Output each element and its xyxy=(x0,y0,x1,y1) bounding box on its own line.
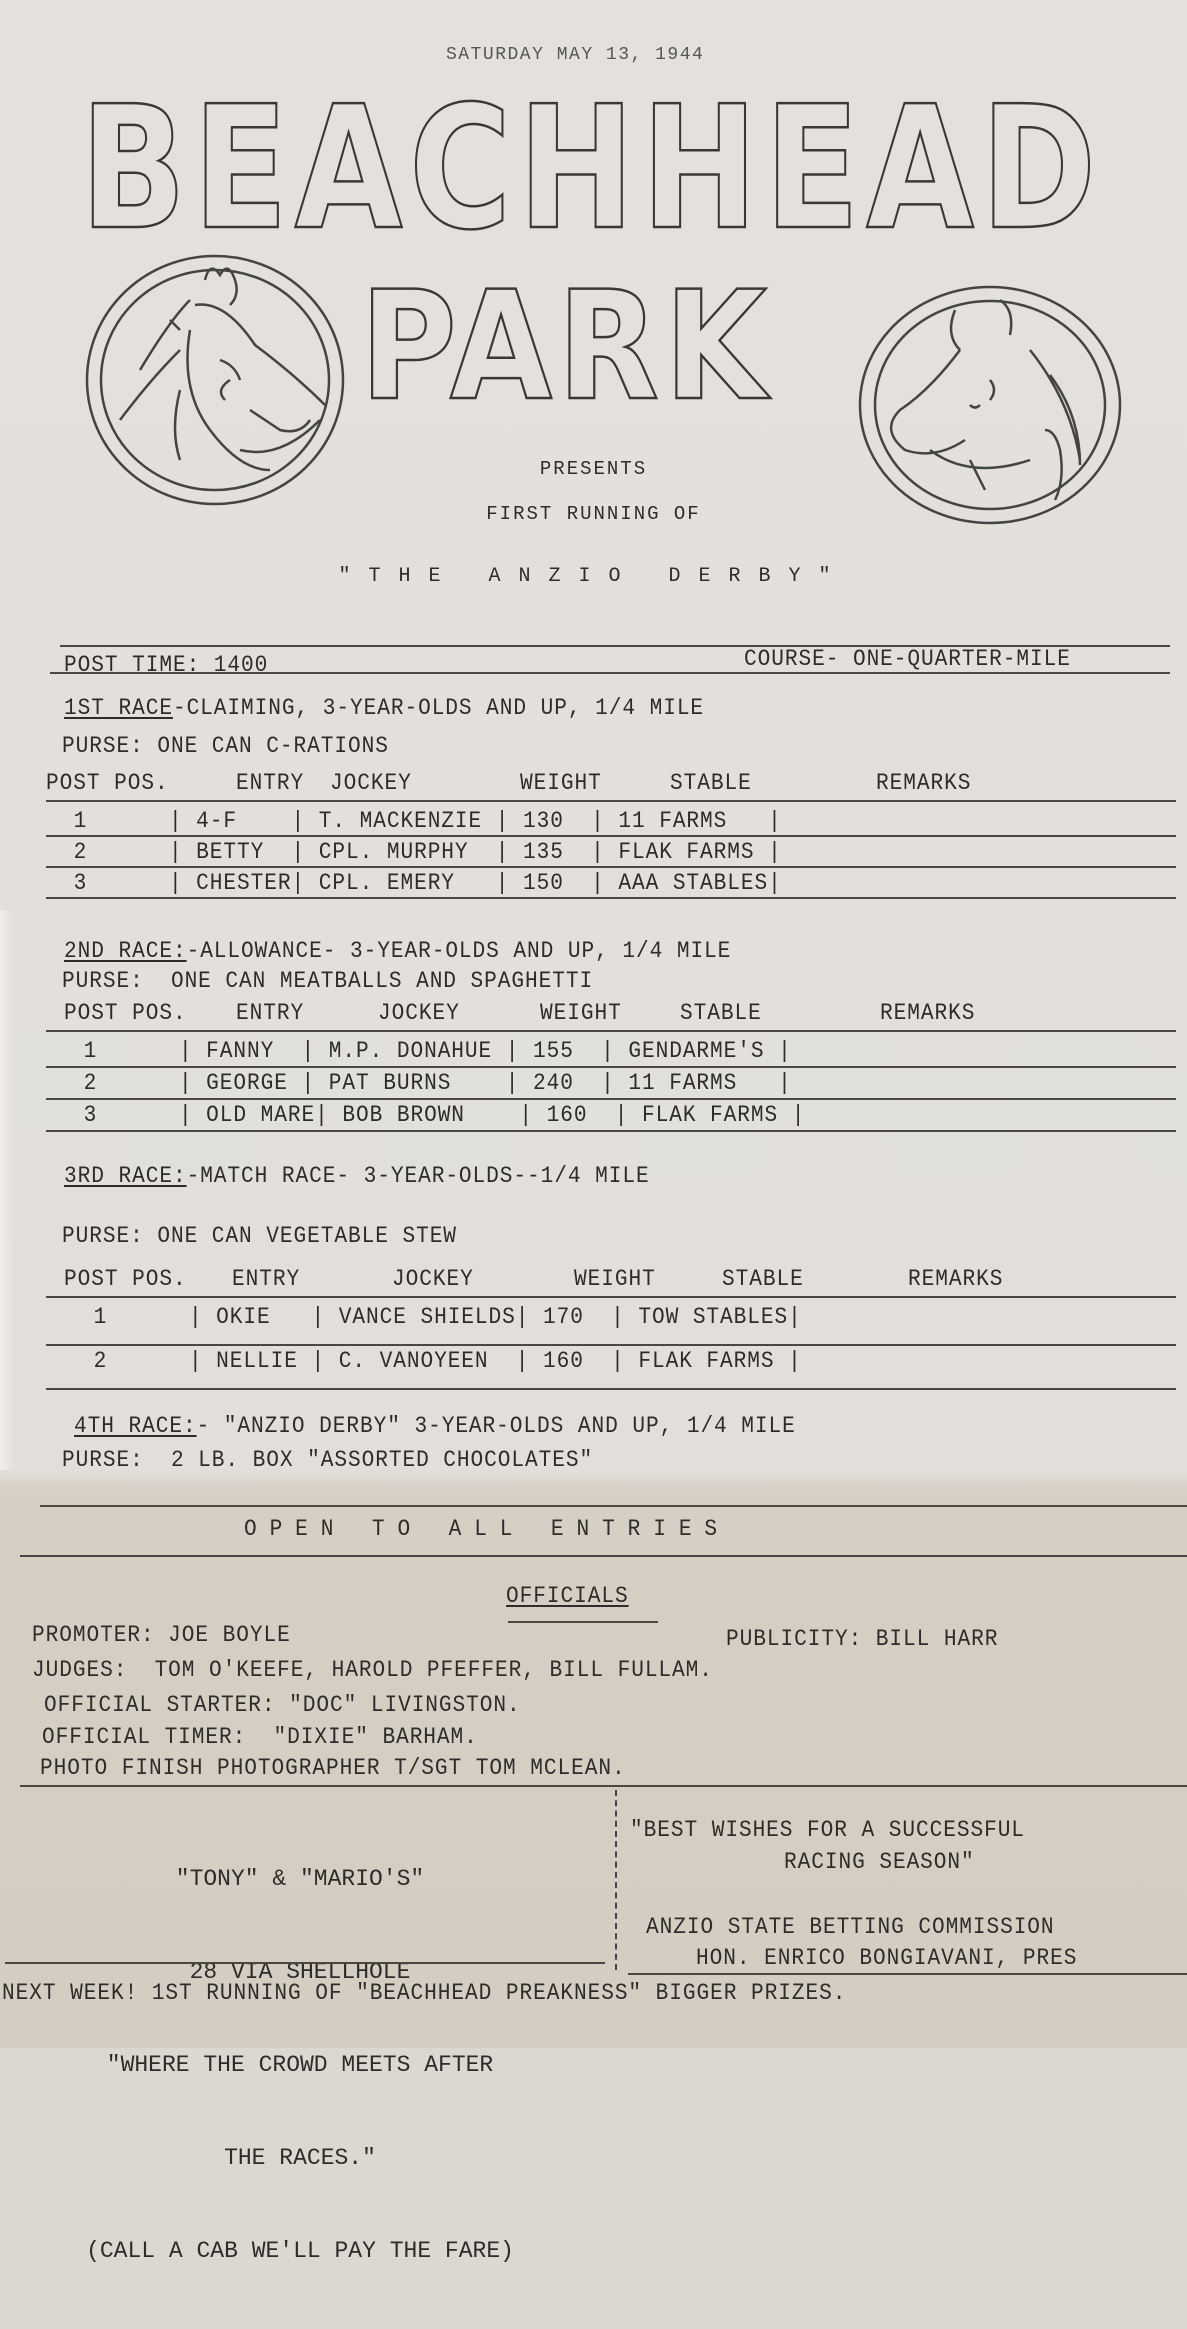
title-beachhead: BEACHHEAD xyxy=(80,70,1103,268)
divider xyxy=(46,1344,1176,1346)
title-park: PARK xyxy=(360,260,772,434)
entry-row: 1 | FANNY | M.P. DONAHUE | 155 | GENDARM… xyxy=(70,1038,792,1064)
presents-text: PRESENTS xyxy=(0,458,1187,480)
entry-row: 3 | OLD MARE| BOB BROWN | 160 | FLAK FAR… xyxy=(70,1102,805,1128)
race-purse: PURSE: ONE CAN MEATBALLS AND SPAGHETTI xyxy=(62,968,593,994)
divider xyxy=(46,1066,1176,1068)
divider xyxy=(46,1130,1176,1132)
race-description: - "ANZIO DERBY" 3-YEAR-OLDS AND UP, 1/4 … xyxy=(197,1413,796,1439)
column-header: POST POS. xyxy=(64,1000,187,1026)
column-header: WEIGHT xyxy=(520,770,602,796)
race-label: 4TH RACE: xyxy=(74,1413,197,1439)
race-description: -CLAIMING, 3-YEAR-OLDS AND UP, 1/4 MILE xyxy=(173,695,704,721)
column-header: POST POS. xyxy=(46,770,169,796)
race-purse: PURSE: ONE CAN VEGETABLE STEW xyxy=(62,1223,457,1249)
event-name: "THE ANZIO DERBY" xyxy=(0,565,1187,588)
divider xyxy=(40,1505,1187,1507)
divider xyxy=(46,835,1176,837)
race-description: -ALLOWANCE- 3-YEAR-OLDS AND UP, 1/4 MILE xyxy=(187,938,732,964)
divider xyxy=(50,672,1170,674)
officials-heading: OFFICIALS xyxy=(506,1583,629,1609)
official-starter: OFFICIAL STARTER: "DOC" LIVINGSTON. xyxy=(44,1692,521,1718)
event-date: SATURDAY MAY 13, 1944 xyxy=(446,45,704,65)
column-header: REMARKS xyxy=(876,770,971,796)
column-header: ENTRY xyxy=(236,770,304,796)
column-header: ENTRY xyxy=(236,1000,304,1026)
column-header: WEIGHT xyxy=(574,1266,656,1292)
divider xyxy=(46,1030,1176,1032)
best-wishes: "BEST WISHES FOR A SUCCESSFUL xyxy=(630,1817,1025,1843)
ad-line: "TONY" & "MARIO'S" xyxy=(0,1864,600,1895)
entry-row: 1 | 4-F | T. MACKENZIE | 130 | 11 FARMS … xyxy=(60,808,782,834)
column-header: REMARKS xyxy=(908,1266,1003,1292)
divider xyxy=(46,800,1176,802)
race-title: 1ST RACE-CLAIMING, 3-YEAR-OLDS AND UP, 1… xyxy=(64,695,704,721)
race-label: 2ND RACE: xyxy=(64,938,187,964)
entry-row: 2 | BETTY | CPL. MURPHY | 135 | FLAK FAR… xyxy=(60,839,782,865)
race-title: 4TH RACE:- "ANZIO DERBY" 3-YEAR-OLDS AND… xyxy=(74,1413,796,1439)
divider xyxy=(46,866,1176,868)
judges: JUDGES: TOM O'KEEFE, HAROLD PFEFFER, BIL… xyxy=(32,1657,713,1683)
divider xyxy=(20,1785,1187,1787)
best-wishes-2: RACING SEASON" xyxy=(784,1849,975,1875)
divider xyxy=(46,897,1176,899)
divider xyxy=(46,1388,1176,1390)
divider xyxy=(20,1555,1187,1557)
official-timer: OFFICIAL TIMER: "DIXIE" BARHAM. xyxy=(42,1724,478,1750)
column-header: STABLE xyxy=(670,770,752,796)
column-header: POST POS. xyxy=(64,1266,187,1292)
entry-row: 2 | NELLIE | C. VANOYEEN | 160 | FLAK FA… xyxy=(80,1348,802,1374)
horse-head-right-icon xyxy=(850,280,1130,530)
race-purse: PURSE: ONE CAN C-RATIONS xyxy=(62,733,389,759)
column-header: STABLE xyxy=(722,1266,804,1292)
column-header: WEIGHT xyxy=(540,1000,622,1026)
divider xyxy=(628,1973,1187,1975)
betting-commission: ANZIO STATE BETTING COMMISSION xyxy=(646,1914,1055,1940)
race-label: 3RD RACE: xyxy=(64,1163,187,1189)
column-header: ENTRY xyxy=(232,1266,300,1292)
column-header: REMARKS xyxy=(880,1000,975,1026)
double-underline xyxy=(508,1621,658,1623)
race-title: 2ND RACE:-ALLOWANCE- 3-YEAR-OLDS AND UP,… xyxy=(64,938,731,964)
column-header: STABLE xyxy=(680,1000,762,1026)
column-header: JOCKEY xyxy=(392,1266,474,1292)
race-purse: PURSE: 2 LB. BOX "ASSORTED CHOCOLATES" xyxy=(62,1447,593,1473)
divider xyxy=(5,1962,605,1964)
divider xyxy=(46,1098,1176,1100)
commission-president: HON. ENRICO BONGIAVANI, PRES xyxy=(696,1945,1077,1971)
course-length: COURSE- ONE-QUARTER-MILE xyxy=(744,646,1071,672)
column-header: JOCKEY xyxy=(330,770,412,796)
race-label: 1ST RACE xyxy=(64,695,173,721)
column-divider xyxy=(615,1790,617,1970)
entry-row: 2 | GEORGE | PAT BURNS | 240 | 11 FARMS … xyxy=(70,1070,792,1096)
entry-row: 3 | CHESTER| CPL. EMERY | 150 | AAA STAB… xyxy=(60,870,782,896)
first-running-text: FIRST RUNNING OF xyxy=(0,503,1187,525)
paper-fold xyxy=(0,910,14,1470)
column-header: JOCKEY xyxy=(378,1000,460,1026)
race-title: 3RD RACE:-MATCH RACE- 3-YEAR-OLDS--1/4 M… xyxy=(64,1163,650,1189)
next-week-notice: NEXT WEEK! 1ST RUNNING OF "BEACHHEAD PRE… xyxy=(2,1980,846,2006)
entry-row: 1 | OKIE | VANCE SHIELDS| 170 | TOW STAB… xyxy=(80,1304,802,1330)
promoter: PROMOTER: JOE BOYLE xyxy=(32,1622,291,1648)
publicity: PUBLICITY: BILL HARR xyxy=(726,1626,998,1652)
open-banner: OPEN TO ALL ENTRIES xyxy=(244,1516,730,1542)
divider xyxy=(46,1296,1176,1298)
program-sheet: SATURDAY MAY 13, 1944 BEACHHEAD PARK PRE… xyxy=(0,0,1187,2048)
ad-tony-marios: "TONY" & "MARIO'S" 28 VIA SHELLHOLE "WHE… xyxy=(0,1802,600,2048)
photographer: PHOTO FINISH PHOTOGRAPHER T/SGT TOM MCLE… xyxy=(40,1755,626,1781)
race-description: -MATCH RACE- 3-YEAR-OLDS--1/4 MILE xyxy=(187,1163,650,1189)
post-time: POST TIME: 1400 xyxy=(64,652,268,678)
